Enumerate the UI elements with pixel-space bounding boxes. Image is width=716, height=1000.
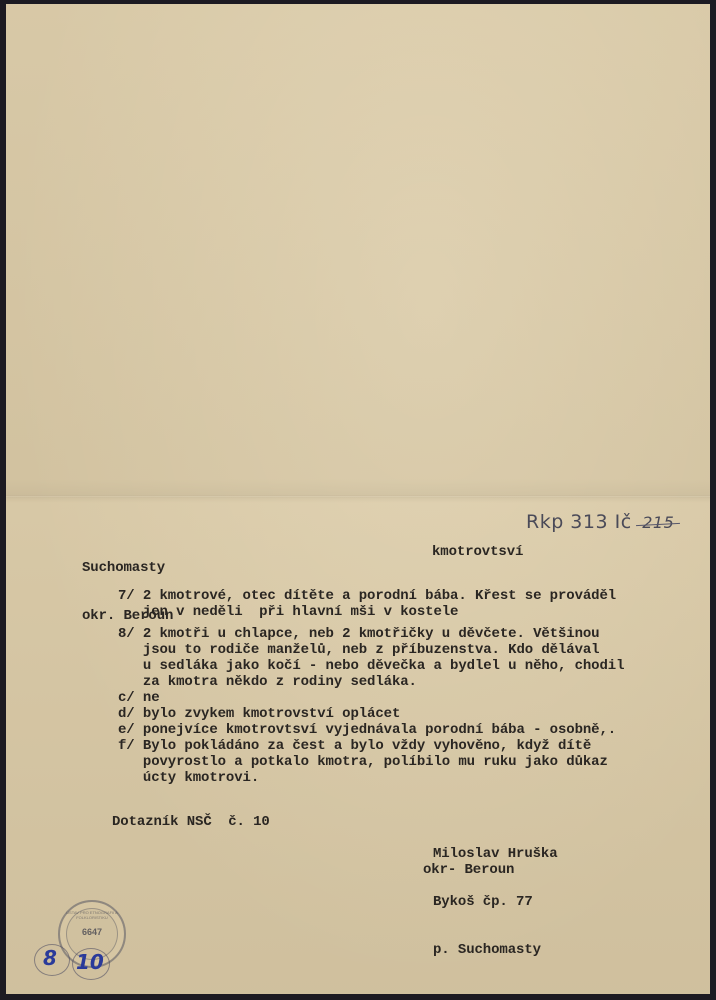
paper-fold — [6, 495, 710, 498]
answer-line: e/ ponejvíce kmotrovtsví vyjednávala por… — [118, 722, 624, 738]
answer-line: f/ Bylo pokládáno za čest a bylo vždy vy… — [118, 738, 624, 754]
handwritten-mark-2: 10 — [76, 950, 104, 974]
archive-reference-printed: Rkp 313 — [526, 511, 608, 533]
answer-line: úcty kmotrovi. — [118, 770, 624, 786]
answers-block: 7/ 2 kmotrové, otec dítěte a porodní báb… — [118, 588, 624, 786]
respondent-name: Miloslav Hruška — [433, 846, 558, 862]
answer-line: 8/ 2 kmotři u chlapce, neb 2 kmotřičky u… — [118, 626, 624, 642]
questionnaire-reference: Dotazník NSČ č. 10 — [112, 814, 270, 830]
archive-reference-stamped: Ič — [615, 511, 632, 533]
answer-line: d/ bylo zvykem kmotrovství oplácet — [118, 706, 624, 722]
answer-line: c/ ne — [118, 690, 624, 706]
archive-reference: Rkp 313 Ič 215 — [526, 511, 674, 533]
answer-line: jen v neděli při hlavní mši v kostele — [118, 604, 624, 620]
document-page: Rkp 313 Ič 215 Suchomasty okr. Beroun km… — [6, 4, 710, 994]
respondent-address-3: okr- Beroun — [423, 862, 514, 878]
answer-line: jsou to rodiče manželů, neb z příbuzenst… — [118, 642, 624, 658]
respondent-block: Miloslav Hruška Bykoš čp. 77 p. Suchomas… — [433, 814, 558, 990]
respondent-address-2: p. Suchomasty — [433, 942, 558, 958]
header-village: Suchomasty — [82, 560, 173, 576]
answer-line: povyrostlo a potkalo kmotra, políbilo mu… — [118, 754, 624, 770]
answer-line: za kmotra někdo z rodiny sedláka. — [118, 674, 624, 690]
respondent-address-1: Bykoš čp. 77 — [433, 894, 558, 910]
document-title: kmotrovtsví — [432, 544, 523, 560]
handwritten-mark-1: 8 — [43, 946, 57, 970]
answer-line: u sedláka jako kočí - nebo děvečka a byd… — [118, 658, 624, 674]
answer-line: 7/ 2 kmotrové, otec dítěte a porodní báb… — [118, 588, 624, 604]
stamp-number: 6647 — [60, 927, 124, 937]
stamp-ring-text: ÚSTAV PRO ETNOGRAFII A FOLKLORISTIKU — [60, 910, 124, 920]
